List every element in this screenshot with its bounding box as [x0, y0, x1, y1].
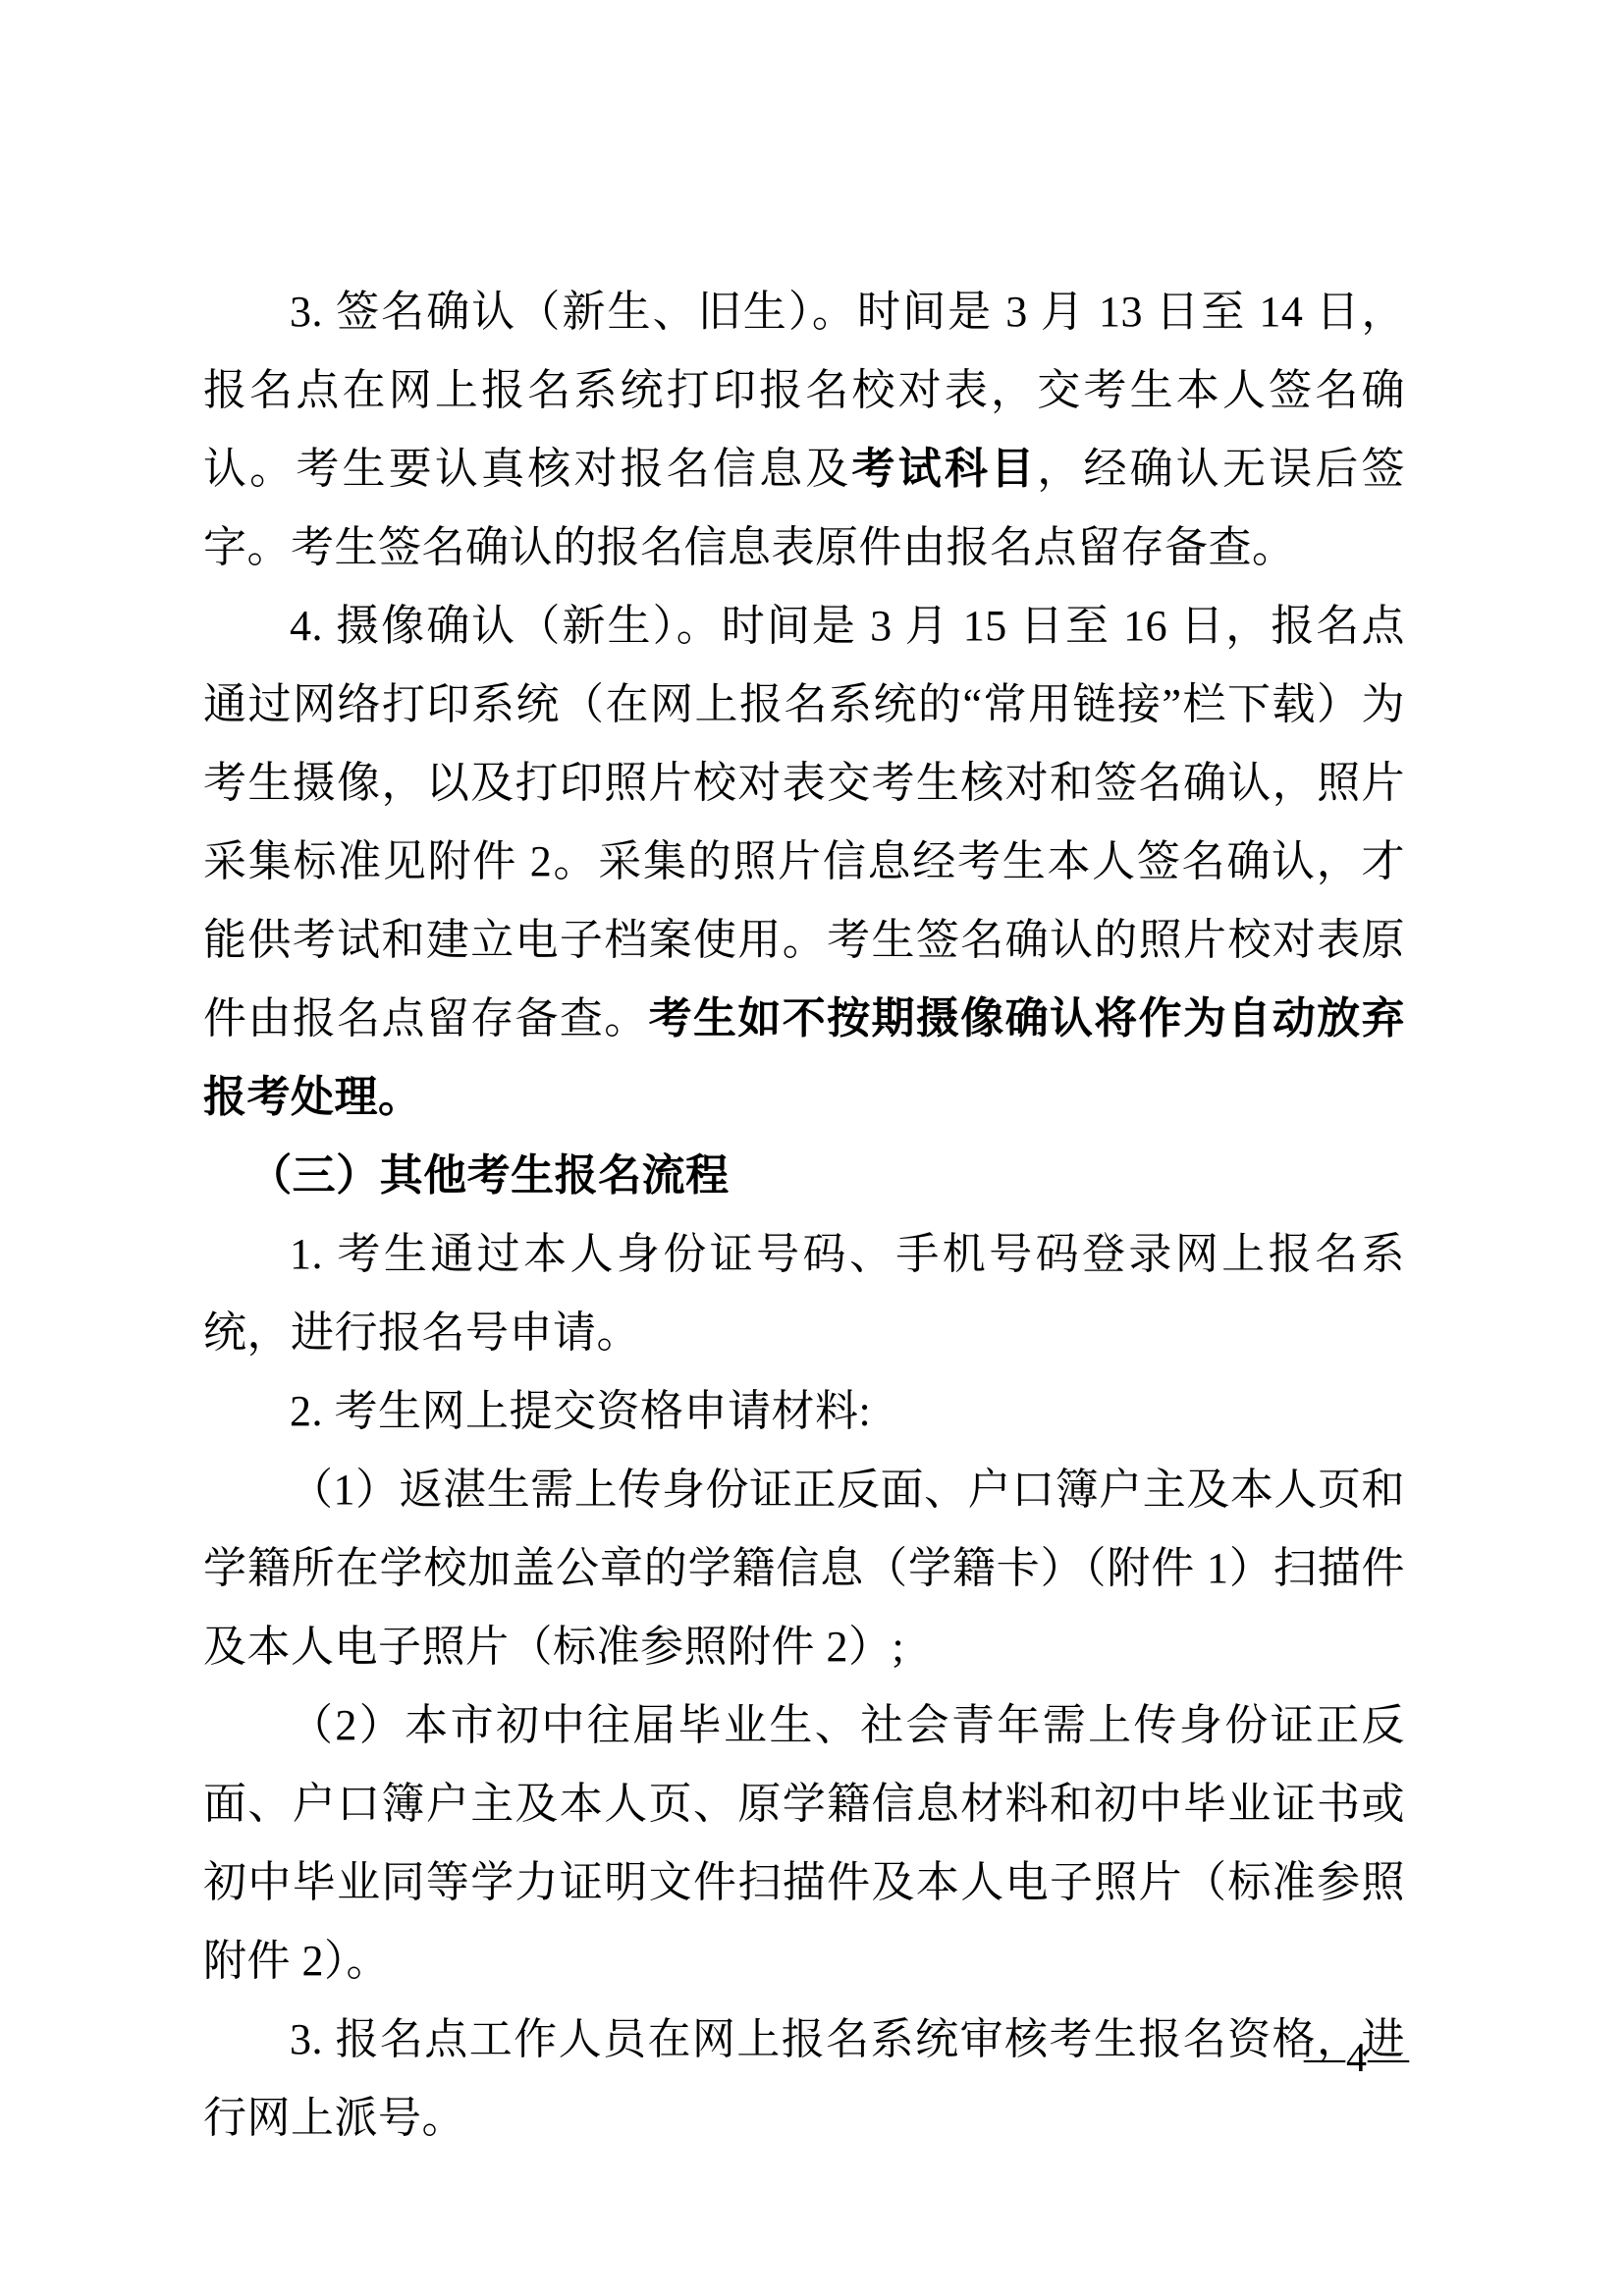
document-page: 3. 签名确认（新生、旧生）。时间是 3 月 13 日至 14 日，报名点在网上…	[0, 0, 1624, 2296]
bold-emphasis-run: 考试科目	[852, 445, 1038, 493]
step-2-submit-materials: 2. 考生网上提交资格申请材料:	[203, 1372, 1405, 1451]
text-run: 2. 考生网上提交资格申请材料:	[290, 1387, 871, 1435]
item-3-signature-confirmation: 3. 签名确认（新生、旧生）。时间是 3 月 13 日至 14 日，报名点在网上…	[203, 273, 1405, 587]
item-4-photo-confirmation: 4. 摄像确认（新生）。时间是 3 月 15 日至 16 日，报名点通过网络打印…	[203, 587, 1405, 1137]
text-run: （1）返湛生需上传身份证正反面、户口簿户主及本人页和学籍所在学校加盖公章的学籍信…	[203, 1466, 1405, 1671]
document-body: 3. 签名确认（新生、旧生）。时间是 3 月 13 日至 14 日，报名点在网上…	[203, 273, 1405, 2158]
page-number: —4—	[1304, 2034, 1410, 2083]
bold-emphasis-run: （三）其他考生报名流程	[248, 1151, 730, 1200]
text-run: （2）本市初中往届毕业生、社会青年需上传身份证正反面、户口簿户主及本人页、原学籍…	[203, 1701, 1405, 1985]
text-run: 1. 考生通过本人身份证号码、手机号码登录网上报名系统，进行报名号申请。	[203, 1230, 1405, 1357]
text-run: 4. 摄像确认（新生）。时间是 3 月 15 日至 16 日，报名点通过网络打印…	[203, 602, 1405, 1042]
step-1-login-system: 1. 考生通过本人身份证号码、手机号码登录网上报名系统，进行报名号申请。	[203, 1215, 1405, 1372]
text-run: 3. 报名点工作人员在网上报名系统审核考生报名资格，进行网上派号。	[203, 2015, 1405, 2142]
step-2-item-2-former-graduates: （2）本市初中往届毕业生、社会青年需上传身份证正反面、户口簿户主及本人页、原学籍…	[203, 1686, 1405, 2001]
step-2-item-1-returning-students: （1）返湛生需上传身份证正反面、户口簿户主及本人页和学籍所在学校加盖公章的学籍信…	[203, 1451, 1405, 1686]
section-heading-other-candidates-procedure: （三）其他考生报名流程	[203, 1137, 1405, 1215]
step-3-qualification-review: 3. 报名点工作人员在网上报名系统审核考生报名资格，进行网上派号。	[203, 2001, 1405, 2158]
